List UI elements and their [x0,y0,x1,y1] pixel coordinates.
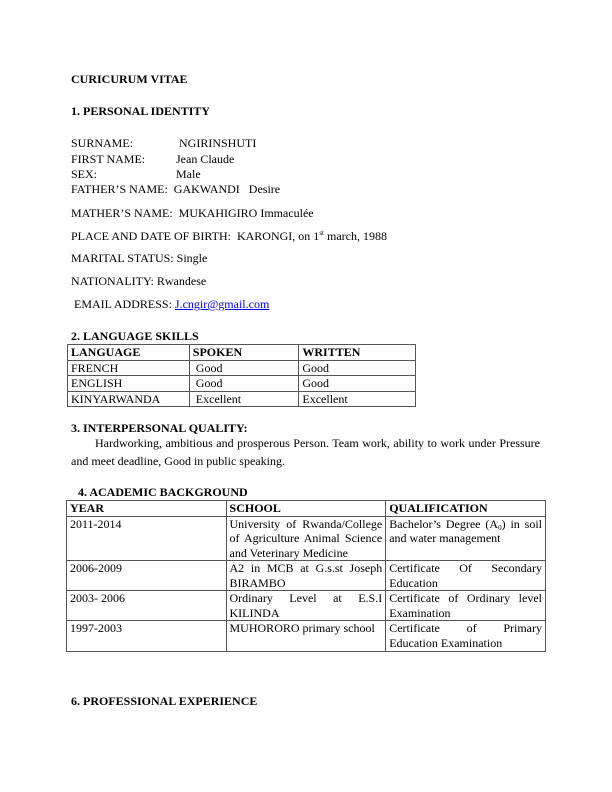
school-cell: A2 in MCB at G.s.st Joseph BIRAMBO [226,561,386,591]
language-table-header: LANGUAGE SPOKEN WRITTEN [68,345,416,361]
first-name-row: FIRST NAME:Jean Claude [71,152,234,167]
nationality-value: Rwandese [157,274,206,288]
year-cell: 1997-2003 [67,621,227,652]
father-label: FATHER’S NAME: [71,182,168,196]
school-cell: MUHORORO primary school [226,621,386,652]
mother-row: MATHER’S NAME: MUKAHIGIRO Immaculée [71,206,314,221]
table-row: 1997-2003MUHORORO primary schoolCertific… [67,621,546,652]
academic-table-header: YEAR SCHOOL QUALIFICATION [67,501,546,517]
table-row: 2006-2009A2 in MCB at G.s.st Joseph BIRA… [67,561,546,591]
table-row: KINYARWANDA Excellent Excellent [68,391,416,407]
first-name-label: FIRST NAME: [71,152,176,167]
school-cell: Ordinary Level at E.S.I KILINDA [226,591,386,621]
surname-row: SURNAME:NGIRINSHUTI [71,136,256,151]
section-heading-languages: 2. LANGUAGE SKILLS [71,329,199,344]
email-row: EMAIL ADDRESS: J.cngir@gmail.com [74,297,269,312]
column-header: SCHOOL [226,501,386,517]
sex-value: Male [176,167,201,181]
table-row: 2003- 2006Ordinary Level at E.S.I KILIND… [67,591,546,621]
surname-label: SURNAME: [71,136,179,151]
spoken-cell: Good [189,376,299,392]
table-row: 2011-2014University of Rwanda/College of… [67,516,546,561]
document-title: CURICURUM VITAE [71,72,188,87]
language-cell: ENGLISH [68,376,190,392]
first-name-value: Jean Claude [176,152,234,166]
written-cell: Good [299,376,416,392]
email-link[interactable]: J.cngir@gmail.com [175,297,269,311]
birth-value: KARONGI, on 1st march, 1988 [237,229,387,243]
mother-label: MATHER’S NAME: [71,206,173,220]
language-cell: FRENCH [68,360,190,376]
mother-value: MUKAHIGIRO Immaculée [179,206,314,220]
marital-label: MARITAL STATUS: [71,251,174,265]
qualification-cell: Bachelor’s Degree (A0) in soil and water… [386,516,546,561]
qualification-cell: Certificate of Ordinary level Examinatio… [386,591,546,621]
language-table: LANGUAGE SPOKEN WRITTEN FRENCH Good Good… [67,344,416,407]
column-header: QUALIFICATION [386,501,546,517]
section-heading-personal: 1. PERSONAL IDENTITY [71,104,210,119]
nationality-label: NATIONALITY: [71,274,154,288]
father-value: GAKWANDI Desire [174,182,280,196]
birth-row: PLACE AND DATE OF BIRTH: KARONGI, on 1st… [71,229,387,244]
language-cell: KINYARWANDA [68,391,190,407]
birth-label: PLACE AND DATE OF BIRTH: [71,229,231,243]
qualification-cell: Certificate of Primary Education Examina… [386,621,546,652]
qualification-cell: Certificate Of Secondary Education [386,561,546,591]
academic-table: YEAR SCHOOL QUALIFICATION 2011-2014Unive… [66,500,546,652]
interpersonal-text: Hardworking, ambitious and prosperous Pe… [71,434,540,470]
written-cell: Excellent [299,391,416,407]
column-header: SPOKEN [189,345,299,361]
email-label: EMAIL ADDRESS: [74,297,172,311]
spoken-cell: Good [189,360,299,376]
section-heading-academic: 4. ACADEMIC BACKGROUND [78,485,248,500]
marital-row: MARITAL STATUS: Single [71,251,207,266]
marital-value: Single [177,251,208,265]
sex-label: SEX: [71,167,176,182]
column-header: YEAR [67,501,227,517]
year-cell: 2003- 2006 [67,591,227,621]
nationality-row: NATIONALITY: Rwandese [71,274,206,289]
table-row: ENGLISH Good Good [68,376,416,392]
year-cell: 2006-2009 [67,561,227,591]
written-cell: Good [299,360,416,376]
column-header: WRITTEN [299,345,416,361]
spoken-cell: Excellent [189,391,299,407]
section-heading-professional: 6. PROFESSIONAL EXPERIENCE [71,694,257,709]
father-row: FATHER’S NAME: GAKWANDI Desire [71,182,280,197]
column-header: LANGUAGE [68,345,190,361]
table-row: FRENCH Good Good [68,360,416,376]
surname-value: NGIRINSHUTI [179,136,256,150]
school-cell: University of Rwanda/College of Agricult… [226,516,386,561]
sex-row: SEX:Male [71,167,201,182]
year-cell: 2011-2014 [67,516,227,561]
